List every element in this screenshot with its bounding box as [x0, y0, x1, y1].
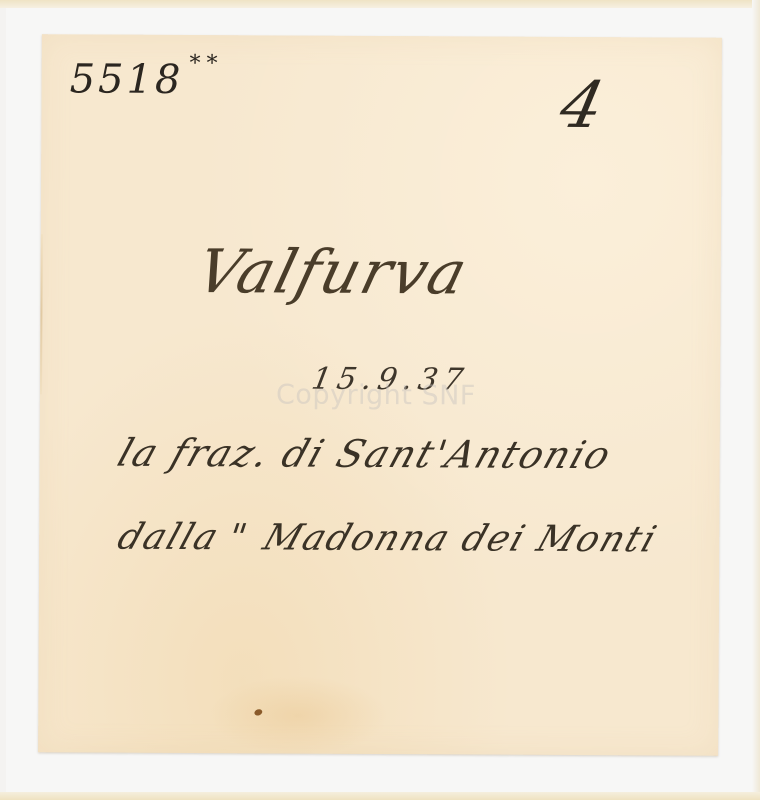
catalog-number-value: 5518 — [70, 56, 184, 103]
copyright-watermark: Copyright SNF — [276, 379, 476, 411]
place-name: Valfurva — [190, 237, 476, 308]
mounting-card-edge — [752, 0, 760, 800]
location-line-1: la fraz. di Sant'Antonio — [112, 431, 617, 477]
location-line-2: dalla"Madonna dei Monti — [112, 517, 662, 561]
top-edge-strip — [0, 0, 760, 8]
box-number: 4 — [553, 69, 611, 143]
bottom-edge-strip — [0, 792, 760, 800]
label-paper: 5518** 4 Valfurva 15.9.37 Copyright SNF … — [38, 34, 722, 756]
catalog-number: 5518** — [70, 56, 224, 103]
foxing-stain — [208, 675, 388, 756]
line2-prefix: dalla — [112, 517, 225, 558]
line2-quote-mark: " — [221, 517, 253, 558]
paper-crease — [40, 234, 43, 394]
catalog-star-marks: ** — [189, 51, 223, 76]
line2-rest: Madonna dei Monti — [258, 517, 663, 560]
